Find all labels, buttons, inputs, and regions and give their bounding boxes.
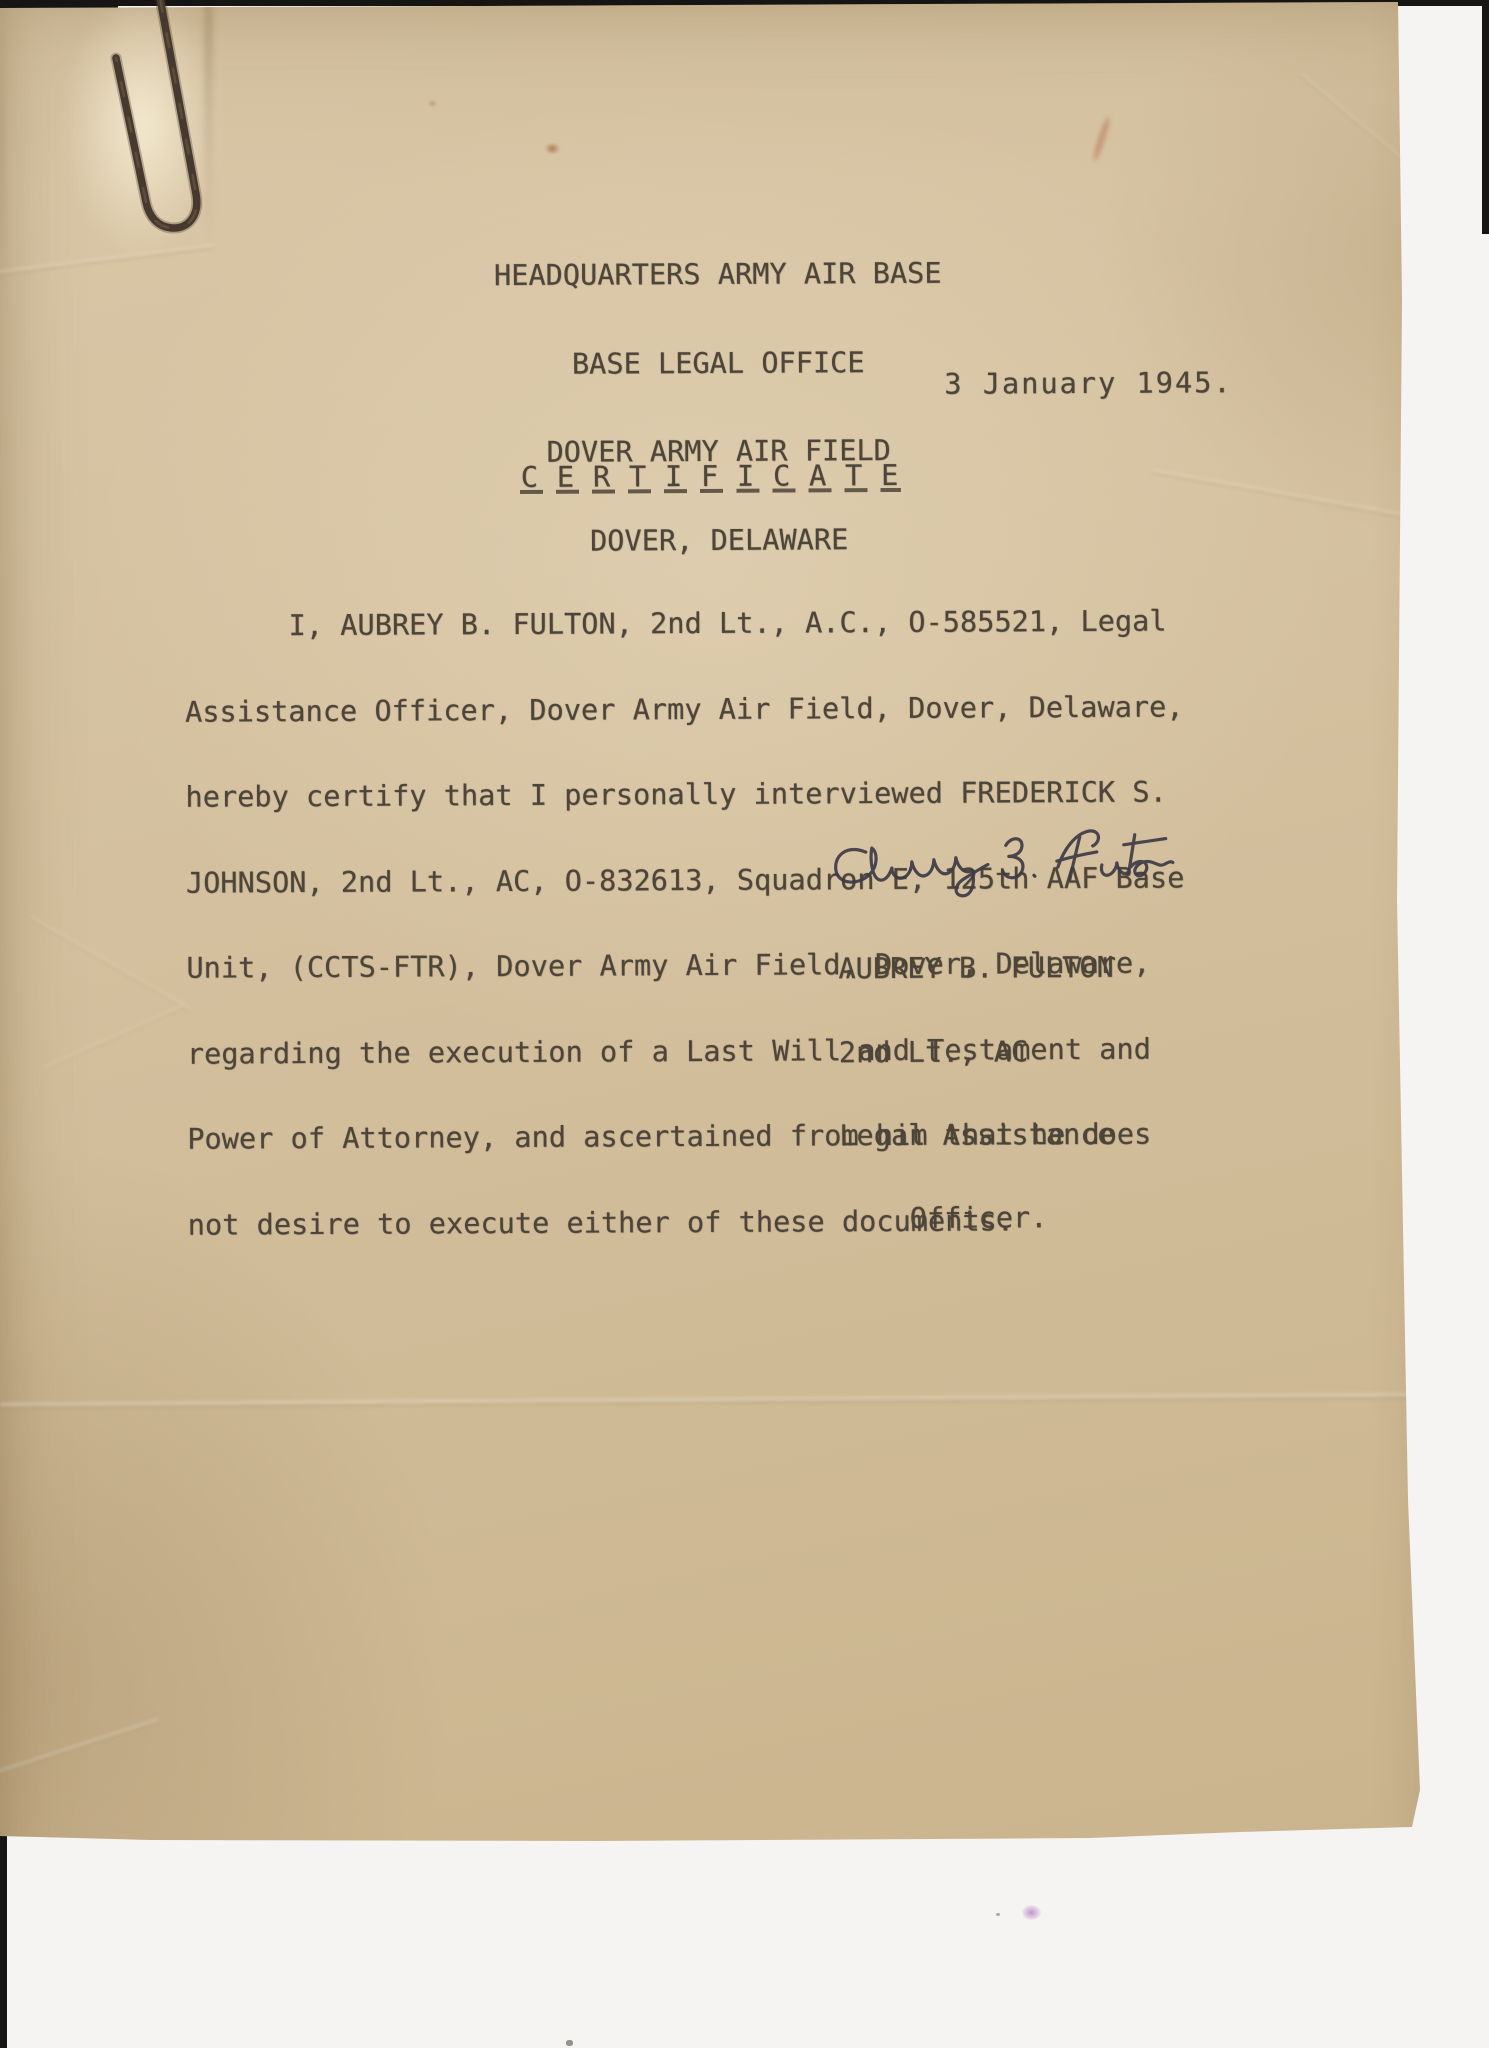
bottom-edge-speck bbox=[566, 2040, 573, 2046]
date-line: 3 January 1945. bbox=[944, 365, 1232, 401]
letterhead-line: HEADQUARTERS ARMY AIR BASE bbox=[393, 258, 1043, 291]
signature-title-line: Officer. bbox=[840, 1204, 1116, 1233]
signature-block: AUBREY B. FULTON 2nd Lt., AC Legal Assis… bbox=[838, 899, 1115, 1288]
signature-typed-name: AUBREY B. FULTON bbox=[838, 954, 1114, 983]
signature-rank: 2nd Lt., AC bbox=[839, 1037, 1115, 1066]
purple-stain bbox=[1022, 1905, 1041, 1920]
paperclip bbox=[90, 0, 220, 248]
gray-speck bbox=[996, 1913, 1000, 1916]
body-line: Assistance Officer, Dover Army Air Field… bbox=[185, 692, 1215, 726]
body-line: I, AUBREY B. FULTON, 2nd Lt., A.C., O-58… bbox=[185, 606, 1215, 640]
signature-title-line: Legal Assistance bbox=[839, 1120, 1115, 1149]
document-text-layer: HEADQUARTERS ARMY AIR BASE BASE LEGAL OF… bbox=[0, 0, 1489, 2048]
body-line: hereby certify that I personally intervi… bbox=[185, 777, 1215, 811]
